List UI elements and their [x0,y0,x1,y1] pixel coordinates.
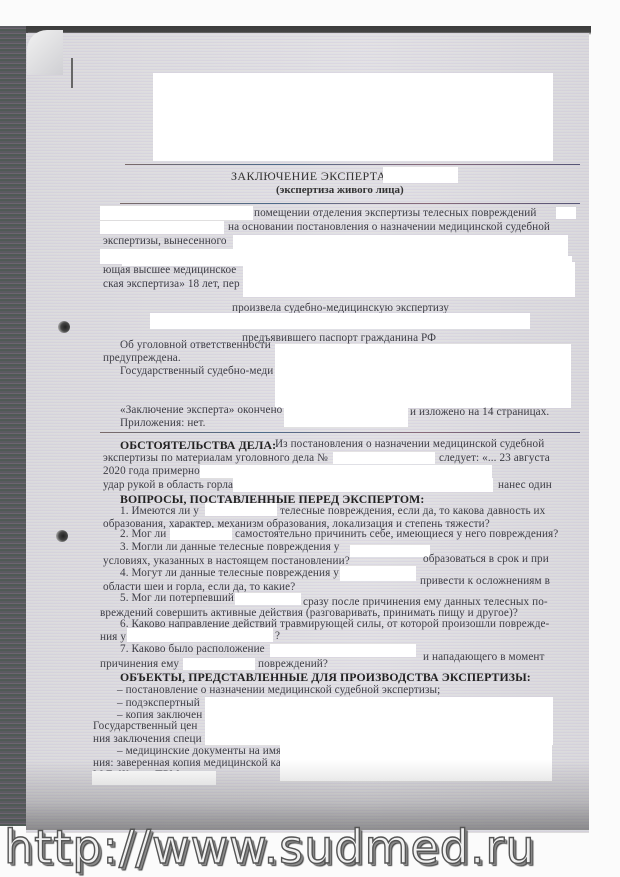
redacted-field [235,593,301,605]
redacted-field [205,503,277,516]
object-item: – постановление о назначении медицинской… [117,684,440,696]
section-heading-circumstances: ОБСТОЯТЕЛЬСТВА ДЕЛА: [120,438,276,453]
intro-text: предъявившего паспорт гражданина РФ [242,332,436,344]
redacted-field [100,221,224,234]
redacted-field [183,658,255,670]
watermark-url: http://www.sudmed.ru [4,820,536,874]
question-text: и нападающего в момент [423,651,545,663]
redacted-field [127,628,273,642]
question-text: привести к осложнениям в [420,575,550,587]
redacted-field [170,528,232,540]
redacted-field [340,566,416,581]
question-text: ? [275,630,280,642]
redacted-field [556,207,576,219]
redacted-case-number [333,452,435,464]
redacted-field [270,644,416,657]
intro-text: ющая высшее медицинское [103,264,236,276]
section-heading-objects: ОБЪЕКТЫ, ПРЕДСТАВЛЕННЫЕ ДЛЯ ПРОИЗВОДСТВА… [120,670,531,685]
question-text: 5. Мог ли потерпевший [120,592,234,604]
circumstances-text: нанес один [498,479,552,491]
redacted-field [200,465,492,478]
question-text: телесные повреждения, если да, то какова… [280,505,545,517]
intro-text: предупреждена. [103,352,181,364]
scanner-edge [0,26,28,826]
staple-mark [71,58,73,88]
object-item: – подэкспертный [117,697,200,709]
intro-text: Государственный судебно-меди [120,365,273,377]
divider [125,164,580,165]
attachments-text: Приложения: нет. [120,417,206,429]
redacted-field [233,478,493,492]
redacted-field [284,400,408,427]
question-text: образоваться в срок и при [423,553,549,565]
question-text: 7. Каково было расположение [120,643,265,655]
redacted-block [205,697,553,745]
document-subtitle: (экспертиза живого лица) [276,184,404,196]
question-text: 4. Могут ли данные телесные повреждения … [120,567,339,579]
intro-text: на основании постановления о назначении … [228,221,550,233]
intro-text: экспертизы, вынесенного [103,235,227,247]
question-text: ния у [100,631,126,643]
object-item: Государственный цен [93,720,197,732]
punch-hole-icon [58,321,70,333]
punch-hole-icon [56,530,68,542]
redacted-field [243,262,575,297]
circumstances-text: Из постановления о назначении медицинско… [275,438,544,450]
redacted-field [100,206,253,220]
intro-text: ская экспертиза» 18 лет, пер [103,278,240,290]
pages-count-text: и изложено на 14 страницах. [410,406,549,418]
circumstances-text: экспертизы по материалам уголовного дела… [103,452,328,464]
redacted-field [233,235,568,249]
question-text: 3. Могли ли данные телесные повреждения … [120,541,339,553]
intro-text: Об уголовной ответственности [120,339,271,351]
page-curl [27,30,63,75]
redacted-field [383,167,458,183]
object-item: – медицинские документы на имя [117,745,281,757]
question-text: самостоятельно причинить себе, имеющиеся… [235,528,558,540]
document-title: ЗАКЛЮЧЕНИЕ ЭКСПЕРТА [231,169,386,184]
circumstances-text: удар рукой в область горла [103,479,233,491]
question-text: повреждений? [258,658,328,670]
redacted-header [153,73,553,161]
redacted-field [150,313,530,329]
question-text: 1. Имеются ли у [120,505,199,517]
redacted-block [275,344,571,408]
question-text: причинения ему [100,658,179,670]
question-text: 2. Мог ли [120,528,166,540]
intro-text: «Заключение эксперта» окончено [120,404,282,416]
circumstances-text: следует: «... 23 августа [439,452,550,464]
divider [100,432,580,433]
redacted-field [350,545,430,557]
circumstances-text: 2020 года примерно [103,465,200,477]
question-text: условиях, указанных в настоящем постанов… [103,555,350,567]
object-item: ния заключения специ [93,733,202,745]
intro-text: помещении отделения экспертизы телесных … [254,207,536,219]
divider [120,203,580,204]
